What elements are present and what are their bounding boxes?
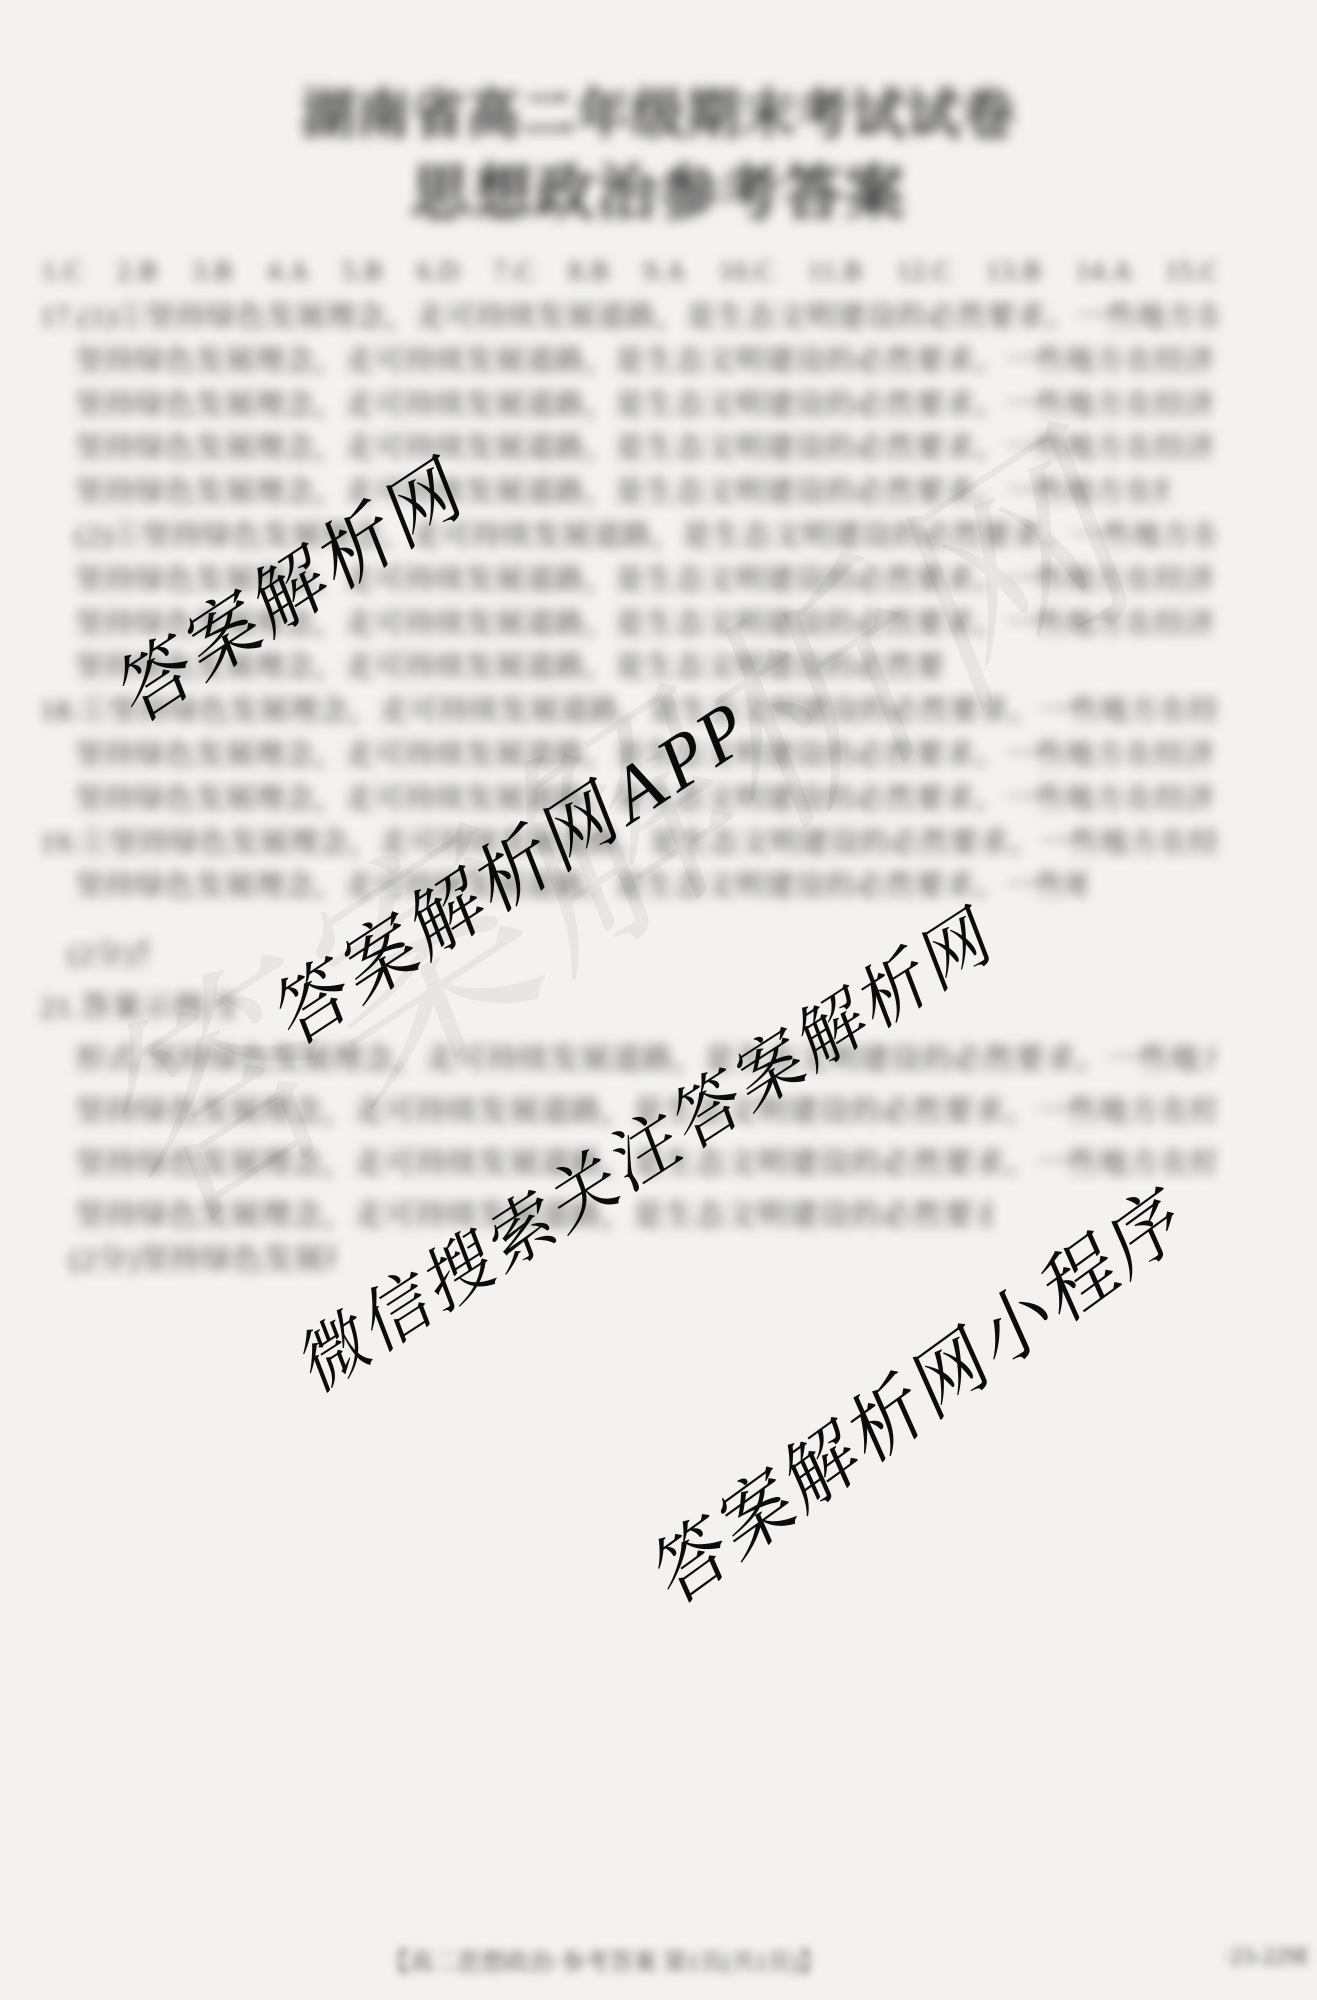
body-line: 坚持绿色发展理念，走可持续发展道路，是生态文明建设的必然要求。一些地方在经济发展…: [75, 564, 1215, 597]
exam-answer-sheet-page: 湖南省高二年级期末考试试卷 思想政治参考答案 1.C 2.B 3.B 4.A 5…: [0, 0, 1317, 2000]
body-line: 坚持绿色发展理念，走可持续发展道路，是生态文明建设的必然要求。一些地方在经济发展…: [75, 1095, 1215, 1130]
body-line: 坚持绿色发展理念，走可持续发展道路，是生态文明建设的必然要求。一些地方在经济发展…: [75, 651, 945, 684]
body-line: 坚持绿色发展理念，走可持续发展道路，是生态文明建设的必然要求。一些地方在经济发展…: [75, 389, 1215, 422]
document-title: 湖南省高二年级期末考试试卷: [0, 72, 1317, 149]
body-line: 19.①坚持绿色发展理念，走可持续发展道路，是生态文明建设的必然要求。一些地方在…: [40, 827, 1217, 860]
body-line: (2分)坚持绿色发展理念，走可持续发展道路，是生态文明建设的必然要求。一些地方在…: [68, 939, 148, 972]
body-line: 坚持绿色发展理念，走可持续发展道路，是生态文明建设的必然要求。一些地方在经济发展…: [75, 345, 1215, 378]
body-line: 17.(1)①坚持绿色发展理念，走可持续发展道路，是生态文明建设的必然要求。一些…: [40, 301, 1217, 334]
body-line: 21.答案示例:坚持绿色发展理念，走可持续发展道路，是生态文明建设的必然要求。一…: [40, 991, 235, 1026]
body-line: 坚持绿色发展理念，走可持续发展道路，是生态文明建设的必然要求。一些地方在经济发展…: [75, 476, 1170, 509]
body-line: 坚持绿色发展理念，走可持续发展道路，是生态文明建设的必然要求。一些地方在经济发展…: [75, 783, 1215, 816]
watermark-text: 微信搜索关注答案解析网: [286, 874, 1006, 1414]
body-line: 形式:坚持绿色发展理念，走可持续发展道路，是生态文明建设的必然要求。一些地方在经…: [75, 1043, 1215, 1078]
body-line: 坚持绿色发展理念，走可持续发展道路，是生态文明建设的必然要求。一些地方在经济发展…: [75, 1199, 990, 1234]
body-line: 坚持绿色发展理念，走可持续发展道路，是生态文明建设的必然要求。一些地方在经济发展…: [75, 739, 1215, 772]
body-line: 坚持绿色发展理念，走可持续发展道路，是生态文明建设的必然要求。一些地方在经济发展…: [75, 432, 1215, 465]
body-line: (2)①坚持绿色发展理念，走可持续发展道路，是生态文明建设的必然要求。一些地方在…: [75, 520, 1215, 553]
document-subtitle: 思想政治参考答案: [0, 146, 1317, 232]
body-line: 坚持绿色发展理念，走可持续发展道路，是生态文明建设的必然要求。一些地方在经济发展…: [75, 608, 1215, 641]
body-line: 坚持绿色发展理念，走可持续发展道路，是生态文明建设的必然要求。一些地方在经济发展…: [75, 1147, 1215, 1182]
body-line: (2分)坚持绿色发展理念，走可持续发展道路，是生态文明建设的必然要求。一些地方在…: [70, 1243, 335, 1278]
answer-key-row: 1.C 2.B 3.B 4.A 5.B 6.D 7.C 8.B 9.A 10.C…: [42, 256, 1217, 287]
body-line: 18.①坚持绿色发展理念，走可持续发展道路，是生态文明建设的必然要求。一些地方在…: [40, 695, 1217, 728]
footer-page-label: 【高二思想政治·参考答案 第1页(共1页)】: [385, 1942, 940, 1977]
body-line: 坚持绿色发展理念，走可持续发展道路，是生态文明建设的必然要求。一些地方在经济发展…: [75, 870, 1085, 903]
footer-code: ·23-229B·: [1222, 1944, 1308, 1971]
